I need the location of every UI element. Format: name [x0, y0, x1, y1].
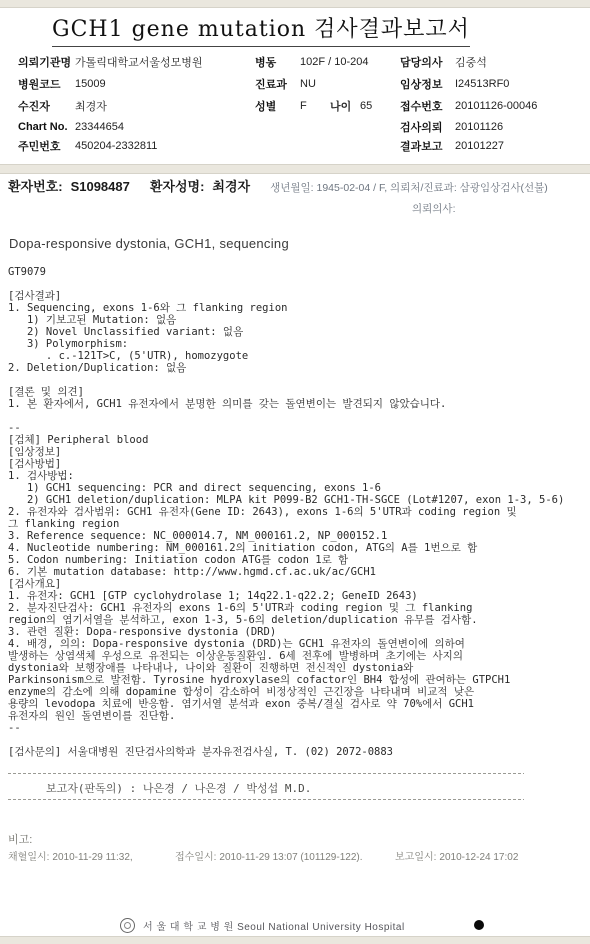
reported-datetime: 보고일시:2010-12-24 17:02	[395, 848, 586, 863]
diagnosis-line: Dopa-responsive dystonia, GCH1, sequenci…	[9, 236, 289, 251]
department-value: NU	[300, 78, 400, 90]
examinee-value: 최경자	[75, 98, 255, 114]
patient-name-label: 환자성명:	[150, 176, 205, 195]
ward-value: 102F / 10-204	[300, 56, 400, 68]
order-date-label: 검사의뢰	[400, 119, 455, 135]
reporter-separator-top	[8, 773, 524, 774]
collected-label: 채혈일시:	[8, 852, 49, 863]
clinical-info-label: 임상정보	[400, 76, 455, 92]
patient-no-value: S1098487	[71, 179, 130, 194]
header-row-1: 의뢰기관명 가톨릭대학교서울성모병원 병동 102F / 10-204 담당의사…	[0, 51, 590, 73]
remark-label: 비고:	[8, 831, 32, 847]
patient-strip: 환자번호: S1098487 환자성명: 최경자 생년월일: 1945-02-0…	[8, 176, 590, 195]
patient-name-value: 최경자	[212, 176, 250, 195]
reporter-separator-bottom	[8, 799, 524, 800]
chart-no-value: 23344654	[75, 121, 255, 133]
requesting-org-label: 의뢰기관명	[18, 54, 75, 70]
received-label: 접수일시:	[175, 852, 216, 863]
chart-no-label: Chart No.	[18, 121, 75, 133]
resident-no-label: 주민번호	[18, 138, 75, 154]
doctor-value: 김중석	[455, 54, 590, 70]
doctor-label: 담당의사	[400, 54, 455, 70]
header-row-5: 주민번호 450204-2332811 결과보고 20101227	[0, 136, 590, 155]
bottom-divider-band	[0, 936, 590, 944]
age-label: 나이	[330, 98, 360, 114]
order-date-value: 20101126	[455, 121, 590, 133]
report-date-value: 20101227	[455, 140, 590, 152]
department-label: 진료과	[255, 76, 300, 92]
reported-value: 2010-12-24 17:02	[439, 852, 518, 863]
receipt-no-label: 접수번호	[400, 98, 455, 114]
resident-no-value: 450204-2332811	[75, 140, 255, 152]
ward-label: 병동	[255, 54, 300, 70]
referring-doctor-label: 의뢰의사:	[412, 201, 456, 216]
report-body-text: GT9079 [검사결과] 1. Sequencing, exons 1-6와 …	[8, 266, 590, 758]
collected-value: 2010-11-29 11:32,	[52, 852, 132, 863]
age-value: 65	[360, 100, 400, 112]
footer-hospital-name: 서 울 대 학 교 병 원 Seoul National University …	[143, 918, 405, 933]
header-row-3: 수진자 최경자 성별 F 나이 65 접수번호 20101126-00046	[0, 95, 590, 117]
examinee-label: 수진자	[18, 98, 75, 114]
sex-value: F	[300, 100, 330, 112]
reported-label: 보고일시:	[395, 852, 436, 863]
hospital-code-label: 병원코드	[18, 76, 75, 92]
received-datetime: 접수일시:2010-11-29 13:07 (101129-122).	[175, 848, 395, 863]
receipt-no-value: 20101126-00046	[455, 100, 590, 112]
hospital-logo-icon	[120, 918, 135, 933]
hospital-code-value: 15009	[75, 78, 255, 90]
patient-no-label: 환자번호:	[8, 176, 63, 195]
sex-label: 성별	[255, 98, 300, 114]
collected-datetime: 채혈일시:2010-11-29 11:32,	[8, 848, 175, 863]
clinical-info-value: I24513RF0	[455, 78, 590, 90]
header-row-2: 병원코드 15009 진료과 NU 임상정보 I24513RF0	[0, 73, 590, 95]
header-row-4: Chart No. 23344654 검사의뢰 20101126	[0, 117, 590, 136]
received-value: 2010-11-29 13:07 (101129-122).	[219, 852, 362, 863]
date-line: 채혈일시:2010-11-29 11:32, 접수일시:2010-11-29 1…	[8, 848, 586, 863]
reporter-line: 보고자(판독의) : 나은경 / 나은경 / 박성섭 M.D.	[46, 780, 311, 796]
requesting-org-value: 가톨릭대학교서울성모병원	[75, 54, 255, 70]
footer-hospital: 서 울 대 학 교 병 원 Seoul National University …	[120, 918, 405, 933]
black-dot-icon	[474, 920, 484, 930]
top-divider-band	[0, 0, 590, 8]
header-info-table: 의뢰기관명 가톨릭대학교서울성모병원 병동 102F / 10-204 담당의사…	[0, 51, 590, 155]
report-title: GCH1 gene mutation 검사결과보고서	[52, 12, 470, 47]
mid-divider-band	[0, 164, 590, 174]
report-date-label: 결과보고	[400, 138, 455, 154]
patient-detail-text: 생년월일: 1945-02-04 / F, 의뢰처/진료과: 삼광임상검사(선불…	[270, 180, 548, 195]
